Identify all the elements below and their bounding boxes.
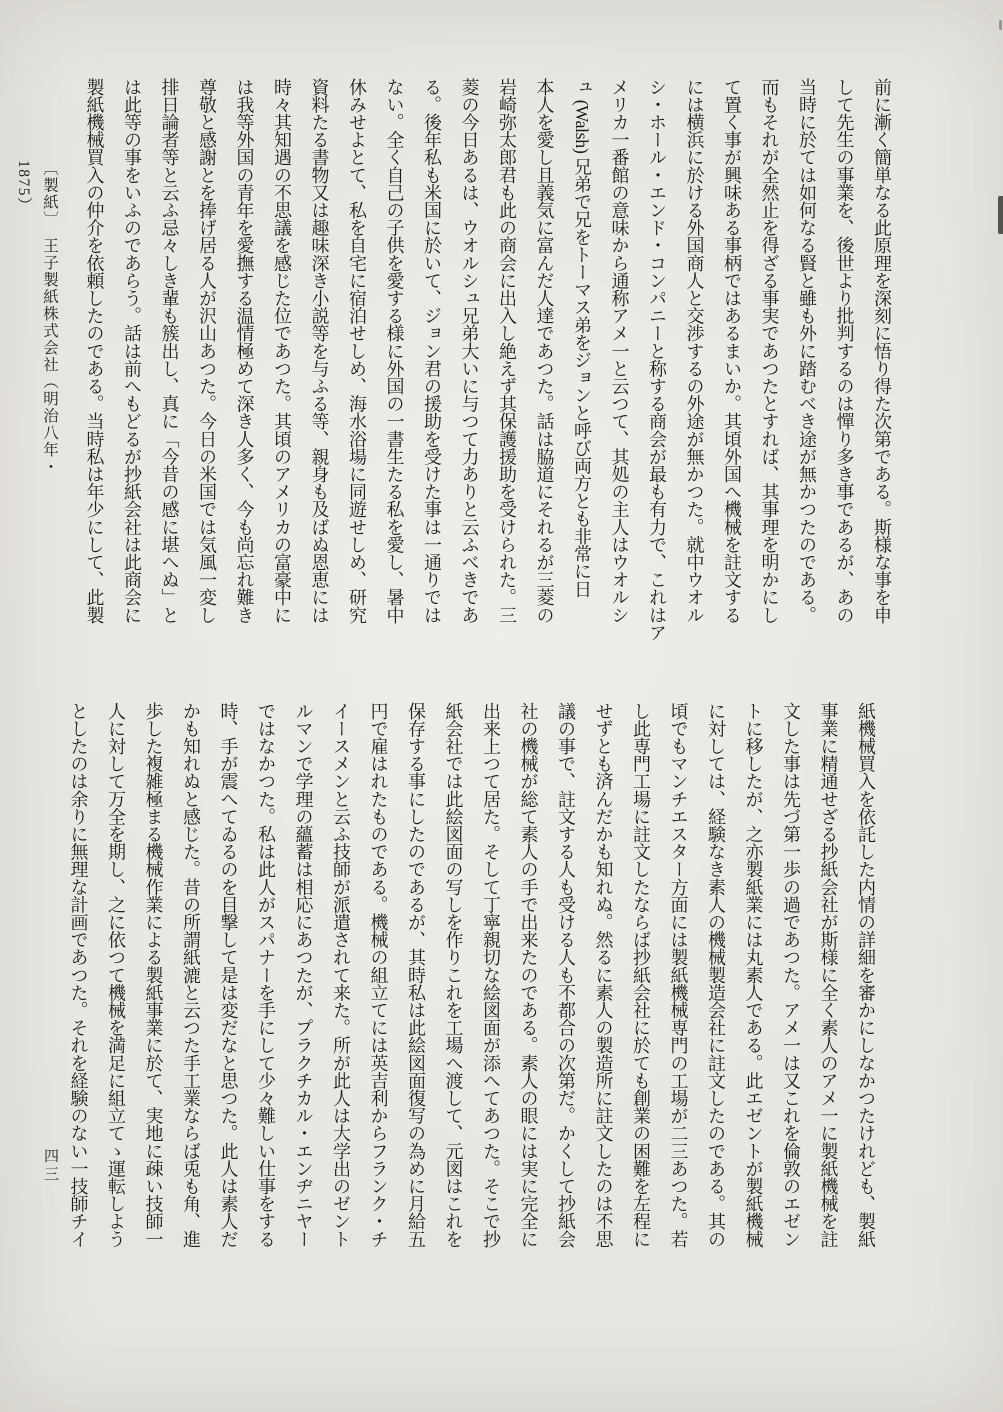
- top-text-column-6: には横浜に於ける外国商人と交渉するの外途が無かつた。就中ウオル: [675, 78, 713, 670]
- text-block-top: 前に漸く簡単なる此原理を深刻に悟り得た次第である。斯様な事を申して先生の事業を、…: [75, 78, 900, 670]
- bottom-text-column-15: イースメンと云ふ技師が派遣されて来た。所が此人は大学出のゼント: [322, 702, 360, 1312]
- bottom-text-column-6: 頃でもマンチエスター方面には製紙機械専門の工場が二三あつた。若: [659, 702, 697, 1312]
- page-number: 四三: [40, 1148, 60, 1184]
- top-text-column-8: メリカ一番館の意味から通称アメ一と云つて、其処の主人はウオルシ: [600, 78, 638, 670]
- top-text-column-18: は我等外国の青年を愛撫する温情極めて深き人多く、今も尚忘れ難き: [225, 78, 263, 670]
- bottom-text-column-2: 事業に精通せざる抄紙会社が斯様に全く素人のアメ一に製紙機械を註: [809, 702, 847, 1312]
- bottom-text-column-17: ではなかつた。私は此人がスパナーを手にして少々難しい仕事をする: [247, 702, 285, 1312]
- scanned-book-page: { "page": { "background_color": "#e9e7e2…: [0, 0, 1003, 1412]
- top-text-column-5: て置く事が興味ある事柄ではあるまいか。其頃外国へ機械を註文する: [713, 78, 751, 670]
- bottom-text-column-22: としたのは余りに無理な計画であつた。それを経験のない一技師チイ: [59, 702, 97, 1312]
- top-text-column-3: 当時に於ては如何なる賢と雖も外に踏むべき途が無かつたのである。: [788, 78, 826, 670]
- top-text-column-2: して先生の事業を、後世より批判するのは憚り多き事であるが、あの: [825, 78, 863, 670]
- top-text-column-12: 菱の今日あるは、ウオルシュ兄弟大いに与つて力ありと云ふべきであ: [450, 78, 488, 670]
- bottom-text-column-4: トに移したが、之亦製紙業には丸素人である。此エゼントが製紙機械: [734, 702, 772, 1312]
- bottom-text-column-5: に対しては、経験なき素人の機械製造会社に註文したのである。其の: [697, 702, 735, 1312]
- top-text-column-22: 製紙機械買入の仲介を依頼したのである。当時私は年少にして、此製: [75, 78, 113, 670]
- bottom-text-column-11: 出来上つて居た。そして丁寧親切な絵図面が添へてあつた。そこで抄: [472, 702, 510, 1312]
- bottom-text-column-19: かも知れぬと感じた。昔の所謂紙漉と云つた手工業ならば兎も角、進: [172, 702, 210, 1312]
- bottom-text-column-21: 人に対して万全を期し、之に依つて機械を満足に組立てゝ運転しよう: [97, 702, 135, 1312]
- scan-speck: [999, 20, 1002, 30]
- bottom-text-column-12: 紙会社では此絵図面の写しを作りこれを工場へ渡して、元図はこれを: [434, 702, 472, 1312]
- top-text-column-13: る。後年私も米国に於いて、ジョン君の援助を受けた事は一通りでは: [413, 78, 451, 670]
- text-block-bottom: 紙機械買入を依託した内情の詳細を審かにしなかつたけれども、製紙事業に精通せざる抄…: [62, 702, 884, 1312]
- section-margin-header: 〔製紙〕 王子製紙株式会社（明治八年・1875）: [36, 160, 62, 490]
- bottom-text-column-14: 円で雇はれたものである。機械の組立てには英吉利からフランク・チ: [359, 702, 397, 1312]
- bottom-text-column-8: せずとも済んだかも知れぬ。然るに素人の製造所に註文したのは不思: [584, 702, 622, 1312]
- top-text-column-20: 排日論者等と云ふ忌々しき輩も簇出し、真に「今昔の感に堪へぬ」と: [150, 78, 188, 670]
- bottom-text-column-18: 時、手が震へてゐるのを目撃して是は変だなと思つた。此人は素人だ: [209, 702, 247, 1312]
- top-text-column-1: 前に漸く簡単なる此原理を深刻に悟り得た次第である。斯様な事を申: [863, 78, 901, 670]
- top-text-column-14: ない。全く自己の子供を愛する様に外国の一書生たる私を愛し、暑中: [375, 78, 413, 670]
- scan-edge-artifact: [998, 196, 1003, 234]
- top-text-column-9: ュ (Walsh) 兄弟で兄をトーマス弟をジョンと呼び両方とも非常に日: [563, 78, 601, 670]
- top-text-column-21: は此等の事をいふのであらう。話は前へもどるが抄紙会社は此商会に: [113, 78, 151, 670]
- bottom-text-column-16: ルマンで学理の蘊蓄は相応にあつたが、プラクチカル・エンヂニヤー: [284, 702, 322, 1312]
- top-text-column-16: 資料たる書物又は趣味深き小説等を与ふる等、親身も及ばぬ恩恵には: [300, 78, 338, 670]
- top-text-column-15: 休みせよとて、私を自宅に宿泊せしめ、海水浴場に同遊せしめ、研究: [338, 78, 376, 670]
- bottom-text-column-10: 社の機械が総て素人の手で出来たのである。素人の眼には実に完全に: [509, 702, 547, 1312]
- top-text-column-17: 時々其知遇の不思議を感じた位であつた。其頃のアメリカの富豪中に: [263, 78, 301, 670]
- bottom-text-column-1: 紙機械買入を依託した内情の詳細を審かにしなかつたけれども、製紙: [847, 702, 885, 1312]
- bottom-text-column-13: 保存する事にしたのであるが、其時私は此絵図面復写の為めに月給五: [397, 702, 435, 1312]
- bottom-text-column-20: 歩した複雑極まる機械作業による製紙事業に於て、実地に疎い技師一: [134, 702, 172, 1312]
- bottom-text-column-3: 文した事は先づ第一歩の過であつた。アメ一は又これを倫敦のエゼン: [772, 702, 810, 1312]
- top-text-column-11: 岩崎弥太郎君も此の商会に出入し絶えず其保護援助を受けられた。三: [488, 78, 526, 670]
- top-text-column-4: 而もそれが全然止を得ざる事実であつたとすれば、其事理を明かにし: [750, 78, 788, 670]
- bottom-text-column-9: 議の事で、註文する人も受ける人も不都合の次第だ。かくして抄紙会: [547, 702, 585, 1312]
- top-text-column-19: 尊敬と感謝とを捧げ居る人が沢山あつた。今日の米国では気風一変し: [188, 78, 226, 670]
- top-text-column-7: シ・ホール・エンド・コンパニーと称する商会が最も有力で、これはア: [638, 78, 676, 670]
- top-text-column-10: 本人を愛し且義気に富んだ人達であつた。話は脇道にそれるが三菱の: [525, 78, 563, 670]
- bottom-text-column-7: し此専門工場に註文したならば抄紙会社に於ても創業の困難を左程に: [622, 702, 660, 1312]
